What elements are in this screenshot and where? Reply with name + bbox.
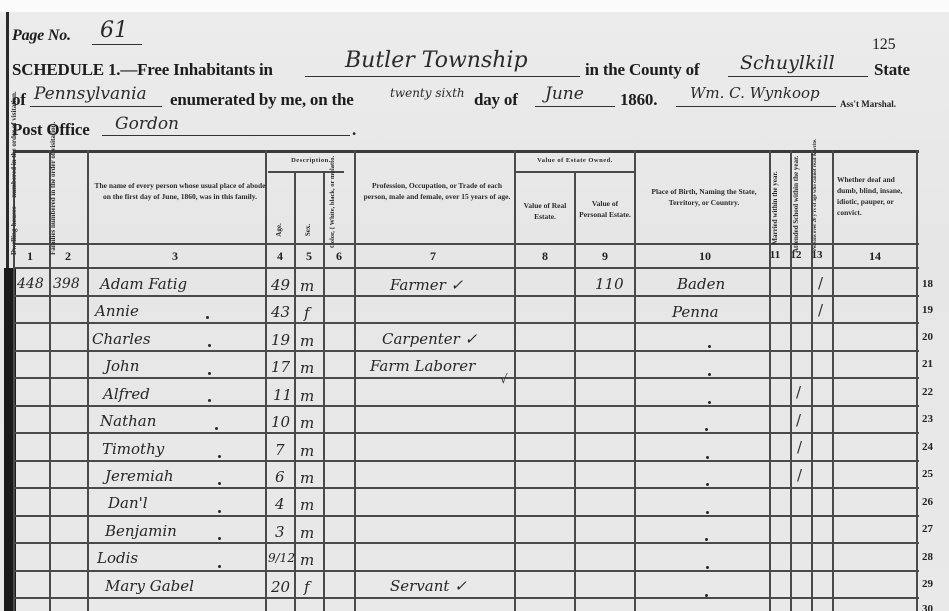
school-mark: / <box>796 383 801 401</box>
person-name: Lodis <box>97 549 138 567</box>
state-underline <box>30 106 162 107</box>
person-age: 49 <box>271 276 290 294</box>
col-rule <box>294 171 296 611</box>
ditto-mark <box>706 511 709 514</box>
ditto-mark <box>208 399 211 402</box>
ditto-mark <box>208 344 211 347</box>
col-rule <box>323 171 325 611</box>
person-age: 43 <box>271 303 290 321</box>
person-name: Timothy <box>102 440 164 458</box>
ditto-mark <box>218 482 221 485</box>
col-number: 2 <box>53 249 83 264</box>
row-rule <box>13 295 919 297</box>
col-number: 8 <box>530 249 560 264</box>
table-top-rule <box>13 150 919 153</box>
post-office-period: . <box>352 120 356 140</box>
post-office-underline <box>102 135 350 136</box>
school-mark: / <box>796 411 801 429</box>
line-number: 18 <box>922 278 933 290</box>
col-number: 6 <box>324 249 354 264</box>
person-name: Mary Gabel <box>105 577 194 595</box>
ditto-mark <box>215 427 218 430</box>
col-rule <box>87 150 89 611</box>
person-name: Benjamin <box>105 522 177 540</box>
post-office-name: Gordon <box>115 114 179 134</box>
ditto-mark <box>218 565 221 568</box>
line-number: 25 <box>922 468 933 480</box>
line-number: 28 <box>922 551 933 563</box>
person-sex: m <box>300 551 314 569</box>
birthplace: Baden <box>677 275 725 293</box>
row-rule <box>13 570 919 572</box>
enumeration-year: 1860. <box>620 90 657 110</box>
school-mark: / <box>797 466 802 484</box>
birthplace: Penna <box>672 303 719 321</box>
state-label: State <box>874 60 910 80</box>
person-sex: f <box>304 578 310 596</box>
person-age: 4 <box>275 495 285 513</box>
family-number: 398 <box>53 276 80 292</box>
person-sex: m <box>300 277 314 295</box>
ditto-mark <box>218 455 221 458</box>
col6-header: Color, { White, black, or mulatto. <box>329 158 355 248</box>
person-age: 9/12 <box>268 551 295 565</box>
page-number: 61 <box>100 18 128 43</box>
col3-header: The name of every person whose usual pla… <box>94 180 266 202</box>
enumeration-month: June <box>545 84 584 104</box>
line-number: 26 <box>922 496 933 508</box>
row-rule <box>13 487 919 489</box>
person-sex: m <box>300 469 314 487</box>
col-rule <box>514 150 516 611</box>
person-sex: m <box>300 414 314 432</box>
ditto-mark <box>706 456 709 459</box>
page-number-label: Page No. <box>12 27 71 45</box>
person-sex: m <box>300 332 314 350</box>
ditto-mark <box>708 401 711 404</box>
line-number: 19 <box>922 304 933 316</box>
person-name: Nathan <box>100 412 156 430</box>
col9-header: Value of Personal Estate. <box>578 198 632 220</box>
line-number: 22 <box>922 386 933 398</box>
col13-header: Persons over 20 y'rs of age who cannot r… <box>813 161 833 251</box>
ditto-mark <box>708 373 711 376</box>
check-mark: √ <box>500 372 508 386</box>
occupation: Farm Laborer <box>370 357 475 375</box>
col11-header: Married within the year. <box>771 163 791 253</box>
row-rule <box>13 322 919 324</box>
person-age: 20 <box>271 578 290 596</box>
col-number: 1 <box>15 249 45 264</box>
occupation: Farmer ✓ <box>390 276 463 294</box>
ditto-mark <box>208 372 211 375</box>
county-label: in the County of <box>585 60 699 80</box>
person-sex: m <box>300 496 314 514</box>
cannot-read-mark: / <box>818 274 823 292</box>
ditto-mark <box>706 483 709 486</box>
county-underline <box>728 76 868 77</box>
line-number: 24 <box>922 441 933 453</box>
day-of-label: day of <box>474 90 518 110</box>
col-rule <box>265 150 267 611</box>
county-name: Schuylkill <box>740 52 835 74</box>
schedule-title: SCHEDULE 1.—Free Inhabitants in <box>12 60 273 80</box>
col-rule <box>916 150 918 611</box>
census-page: Page No. 61 125 SCHEDULE 1.—Free Inhabit… <box>0 0 949 611</box>
col-number: 4 <box>265 249 295 264</box>
row-rule <box>13 515 919 517</box>
personal-estate-value: 110 <box>595 275 624 293</box>
ditto-mark <box>705 428 708 431</box>
cannot-read-mark: / <box>818 301 823 319</box>
person-age: 17 <box>271 358 290 376</box>
person-name: Annie <box>95 302 139 320</box>
col-number: 5 <box>294 249 324 264</box>
month-underline <box>535 106 615 107</box>
person-age: 19 <box>271 331 290 349</box>
col1-header: Dwelling-houses— numbered in the order o… <box>10 165 40 255</box>
scan-top-margin <box>0 0 949 12</box>
school-mark: / <box>797 438 802 456</box>
person-age: 7 <box>275 441 285 459</box>
col-rule <box>574 171 576 611</box>
col-number: 7 <box>418 249 448 264</box>
estate-group-header: Value of Estate Owned. <box>516 155 634 166</box>
township-underline <box>305 76 580 77</box>
row-rule <box>13 542 919 544</box>
col-rule <box>634 150 636 611</box>
marshal-signature: Wm. C. Wynkoop <box>690 84 820 102</box>
col10-header: Place of Birth, Naming the State, Territ… <box>642 186 766 208</box>
col-number: 9 <box>590 249 620 264</box>
col-number: 10 <box>690 249 720 264</box>
col-number: 14 <box>860 249 890 264</box>
row-rule <box>13 405 919 407</box>
person-name: Charles <box>92 330 151 348</box>
person-age: 6 <box>275 468 285 486</box>
ditto-mark <box>708 345 711 348</box>
person-sex: m <box>300 387 314 405</box>
colnum-bottom-rule <box>13 267 919 269</box>
person-name: Dan'l <box>108 494 148 512</box>
line-number: 29 <box>922 578 933 590</box>
person-sex: m <box>300 442 314 460</box>
ditto-mark <box>218 510 221 513</box>
page-number-underline <box>92 44 142 45</box>
row-rule <box>13 597 919 599</box>
col7-header: Profession, Occupation, or Trade of each… <box>362 180 512 202</box>
col14-header: Whether deaf and dumb, blind, insane, id… <box>837 174 917 218</box>
row-rule <box>13 432 919 434</box>
person-name: Jeremiah <box>105 467 174 485</box>
col-number: 11 <box>765 249 785 261</box>
person-sex: f <box>304 304 310 322</box>
person-name: John <box>105 357 139 375</box>
state-name: Pennsylvania <box>34 84 147 104</box>
ditto-mark <box>706 566 709 569</box>
col-number: 13 <box>807 249 827 261</box>
person-sex: m <box>300 359 314 377</box>
line-number: 30 <box>922 603 933 611</box>
ditto-mark <box>206 316 209 319</box>
occupation: Servant ✓ <box>390 577 467 595</box>
col8-header: Value of Real Estate. <box>518 200 572 222</box>
ditto-mark <box>705 594 708 597</box>
township-name: Butler Township <box>345 48 528 73</box>
marshal-label: Ass't Marshal. <box>840 99 896 109</box>
person-name: Adam Fatig <box>100 275 187 293</box>
person-name: Alfred <box>103 385 150 403</box>
line-number: 21 <box>922 358 933 370</box>
line-number: 27 <box>922 523 933 535</box>
marshal-underline <box>676 106 836 107</box>
ditto-mark <box>705 538 708 541</box>
enumeration-day: twenty sixth <box>390 86 465 100</box>
col12-header: Attended School within the year. <box>792 163 812 253</box>
person-sex: m <box>300 524 314 542</box>
person-age: 10 <box>271 413 290 431</box>
row-rule <box>13 350 919 352</box>
col-number: 12 <box>786 249 806 261</box>
row-rule <box>13 460 919 462</box>
line-number: 23 <box>922 413 933 425</box>
row-rule <box>13 377 919 379</box>
col-number: 3 <box>160 249 190 264</box>
line-number: 20 <box>922 331 933 343</box>
dwelling-number: 448 <box>17 276 44 292</box>
occupation: Carpenter ✓ <box>382 330 477 348</box>
enumerated-label: enumerated by me, on the <box>170 90 354 110</box>
person-age: 11 <box>273 386 292 404</box>
stamped-page-number: 125 <box>872 36 895 54</box>
col2-header: Families numbered in the order of visita… <box>49 165 79 255</box>
ditto-mark <box>218 537 221 540</box>
person-age: 3 <box>275 523 285 541</box>
